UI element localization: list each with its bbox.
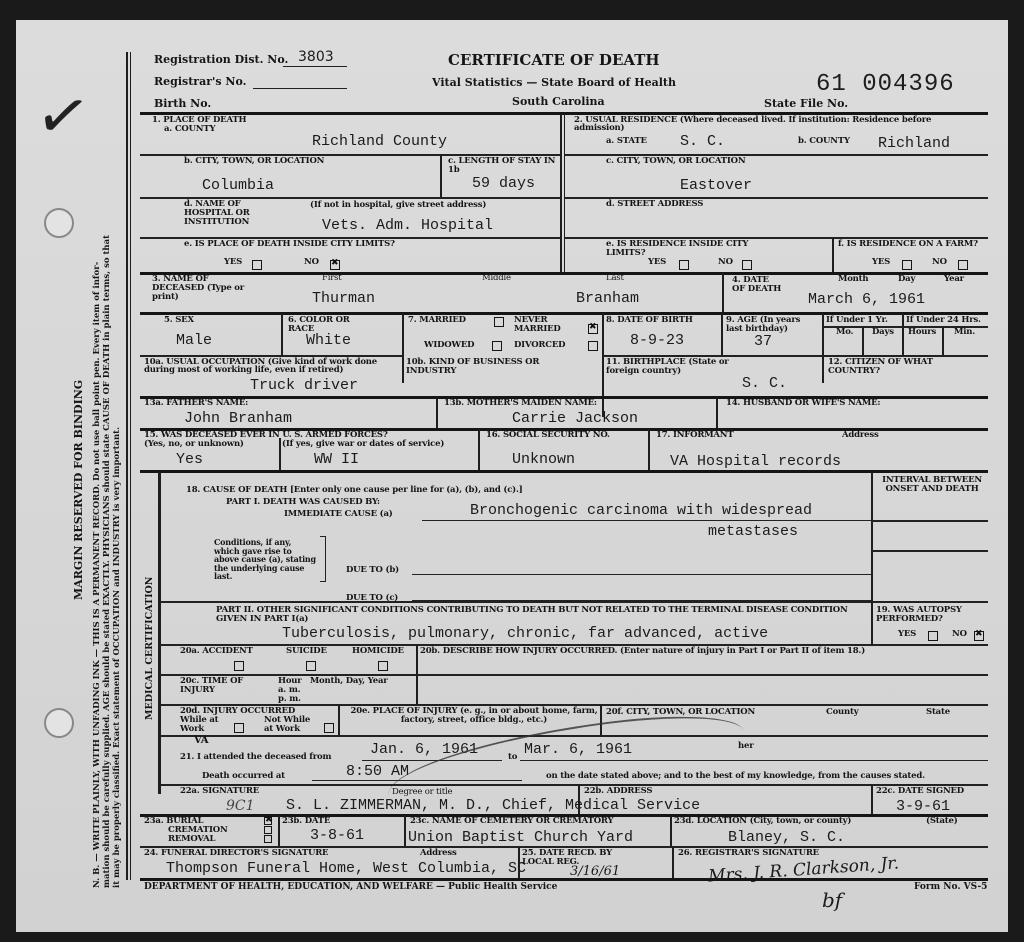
pod-county-value: Richland County [312,134,447,150]
registrar-signature: Mrs. J. R. Clarkson, Jr. [708,853,900,886]
name-label: 3. NAME OF DECEASED (Type or print) [152,275,248,302]
margin-instructions-3: it may be properly classified. Exact sta… [112,427,122,888]
margin-instructions-1: N. B. — WRITE PLAINLY, WITH UNFADING INK… [92,262,102,888]
pod-stay-value: 59 days [472,176,535,192]
res-city-label: c. CITY, TOWN, OR LOCATION [606,157,745,166]
pod-hospital-label: d. NAME OF HOSPITAL OR INSTITUTION [184,200,264,227]
part2-value: Tuberculosis, pulmonary, chronic, far ad… [282,626,768,642]
res-inside-city-no-checkbox[interactable] [742,260,752,270]
armed-forces-value: Yes [176,452,203,468]
pod-hospital-value: Vets. Adm. Hospital [322,218,493,234]
funeral-director: Thompson Funeral Home, West Columbia, SC [166,861,526,877]
accident-checkbox[interactable] [234,661,244,671]
date-signed: 3-9-61 [896,799,950,815]
occupation-value: Truck driver [250,378,358,394]
certificate-title: CERTIFICATE OF DEATH [448,51,660,69]
binding-hole-top [44,208,74,238]
res-farm-no-checkbox[interactable] [958,260,968,270]
death-certificate: ✓ MARGIN RESERVED FOR BINDING N. B. — WR… [16,20,1008,932]
immediate-cause-1: Bronchogenic carcinoma with widespread [470,503,812,519]
race-value: White [306,333,351,349]
widowed-checkbox[interactable] [492,341,502,351]
burial-date: 3-8-61 [310,828,364,844]
binding-hole-bottom [44,708,74,738]
date-of-death-label: 4. DATE OF DEATH [732,276,782,294]
res-state-value: S. C. [680,134,725,150]
cause-label: 18. CAUSE OF DEATH [Enter only one cause… [186,486,523,495]
res-farm-yes-checkbox[interactable] [902,260,912,270]
medical-certification-label: MEDICAL CERTIFICATION [144,577,155,720]
informant-value: VA Hospital records [670,454,841,470]
res-county-value: Richland [878,136,950,152]
while-at-work-checkbox[interactable] [234,723,244,733]
interval-label: INTERVAL BETWEEN ONSET AND DEATH [882,476,982,494]
res-farm-label: f. IS RESIDENCE ON A FARM? [838,240,978,249]
sex-value: Male [176,333,212,349]
pod-hospital-note: (If not in hospital, give street address… [310,201,486,210]
pod-county-label: a. COUNTY [164,125,215,134]
cremation-checkbox[interactable] [264,826,272,834]
not-while-at-work-checkbox[interactable] [324,723,334,733]
signature-prefix: 9C1 [226,798,255,814]
last-name: Branham [576,291,639,307]
margin-reserved-text: MARGIN RESERVED FOR BINDING [72,380,85,600]
birth-no-label: Birth No. [154,97,211,110]
res-state-label: a. STATE [606,137,647,146]
res-inside-city-yes-checkbox[interactable] [679,260,689,270]
cemetery-value: Union Baptist Church Yard [408,830,633,846]
date-received: 3/16/61 [570,864,620,879]
burial-checkbox[interactable] [264,817,272,825]
agency-name: Vital Statistics — State Board of Health [432,76,676,89]
war-value: WW II [314,452,359,468]
registrar-no-label: Registrar's No. [154,75,246,88]
mother-value: Carrie Jackson [512,411,638,427]
suicide-checkbox[interactable] [306,661,316,671]
pod-inside-city-label: e. IS PLACE OF DEATH INSIDE CITY LIMITS? [184,240,395,249]
first-name: Thurman [312,291,375,307]
va-note: VA [194,736,208,745]
age-value: 37 [754,334,772,350]
homicide-checkbox[interactable] [378,661,388,671]
margin-instructions-2: mation should be carefully supplied. AGE… [102,235,112,888]
pod-stay-label: c. LENGTH OF STAY IN 1b [448,157,560,175]
ssn-value: Unknown [512,452,575,468]
res-city-value: Eastover [680,178,752,194]
registration-dist-label: Registration Dist. No. [154,53,288,66]
medical-block-border [158,472,161,794]
autopsy-yes-checkbox[interactable] [928,631,938,641]
pod-inside-city-no-checkbox[interactable] [330,260,340,270]
date-of-death-value: March 6, 1961 [808,292,925,308]
state-file-label: State File No. [764,97,848,110]
registration-dist-value: 3803 [298,49,334,65]
birthplace-value: S. C. [742,376,787,392]
dob-value: 8-9-23 [630,333,684,349]
residence-label: 2. USUAL RESIDENCE (Where deceased lived… [574,116,984,132]
never-married-checkbox[interactable] [588,324,598,334]
pod-city-value: Columbia [202,178,274,194]
registrar-initials: bf [822,888,842,912]
immediate-cause-2: metastases [708,524,798,540]
pod-city-label: b. CITY, TOWN, OR LOCATION [184,157,324,166]
removal-checkbox[interactable] [264,835,272,843]
divider-1-2 [560,114,562,272]
res-county-label: b. COUNTY [798,137,850,146]
margin-border-2 [130,52,131,880]
pod-inside-city-yes-checkbox[interactable] [252,260,262,270]
form-number: Form No. VS-5 [914,882,987,892]
autopsy-no-checkbox[interactable] [974,631,984,641]
department-footer: DEPARTMENT OF HEALTH, EDUCATION, AND WEL… [144,882,557,892]
burial-location: Blaney, S. C. [728,830,845,846]
registration-dist-underline [283,66,347,67]
state-name: South Carolina [512,95,605,108]
checkmark: ✓ [30,76,96,158]
registrar-no-underline [253,88,347,89]
res-street-label: d. STREET ADDRESS [606,200,703,209]
state-file-value: 61 004396 [816,71,955,98]
divorced-checkbox[interactable] [588,341,598,351]
married-checkbox[interactable] [494,317,504,327]
res-inside-city-label: e. IS RESIDENCE INSIDE CITY LIMITS? [606,240,786,258]
margin-border [126,52,128,880]
occupation-label: 10a. USUAL OCCUPATION (Give kind of work… [144,358,399,374]
father-value: John Branham [184,411,292,427]
